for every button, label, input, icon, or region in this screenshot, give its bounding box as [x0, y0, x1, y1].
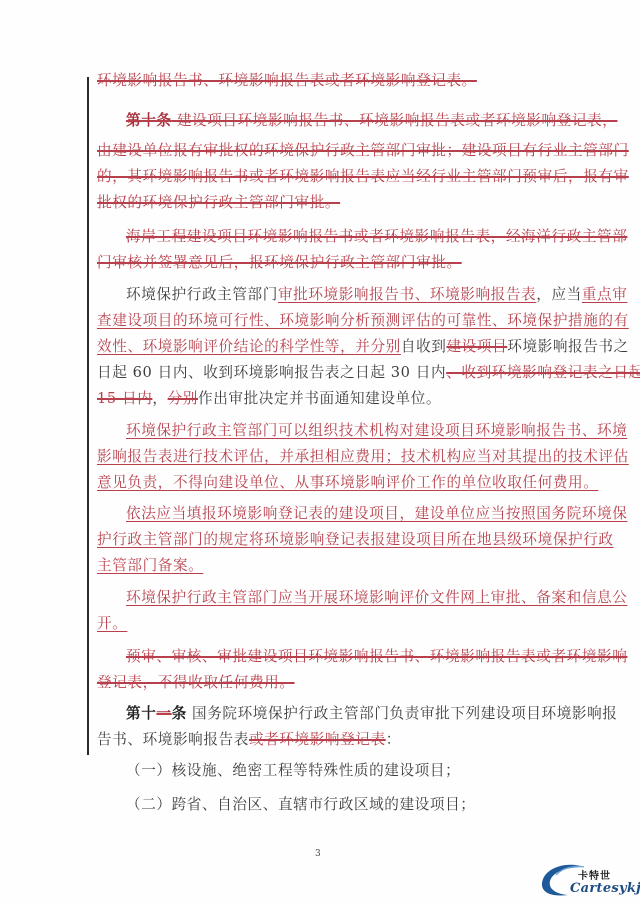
body-text: 自收到: [401, 338, 447, 355]
document-line: （二）跨省、自治区、直辖市行政区域的建设项目；: [126, 795, 475, 815]
document-line: 告书、环境影响报告表或者环境影响登记表：: [97, 730, 401, 750]
body-text: 条: [172, 705, 187, 722]
deleted-text: 分别: [168, 390, 198, 407]
inserted-text: 查建设项目的环境可行性、环境影响分析预测评估的可靠性、环境保护措施的有: [97, 312, 629, 329]
body-text: ，应当: [536, 286, 582, 303]
inserted-text: 审批环境影响报告书、环境影响报告表: [278, 286, 536, 303]
body-text: 作出审批决定并书面通知建设单位。: [198, 390, 441, 407]
inserted-text: 环境保护行政主管部门应当开展环境影响评价文件网上审批、备案和信息公: [126, 589, 627, 606]
body-text: 告书、环境影响报告表: [97, 731, 249, 748]
document-line: 登记表，不得收取任何费用。: [97, 673, 295, 693]
logo-chinese-name: 卡特世: [578, 867, 611, 882]
page-number: 3: [315, 849, 321, 859]
document-line: 的，其环境影响报告书或者环境影响报告表应当经行业主管部门预审后，报有审: [97, 167, 629, 187]
deleted-text: 或者环境影响登记表: [249, 731, 386, 748]
body-text: ，: [152, 390, 167, 407]
inserted-text: 重点审: [582, 286, 628, 303]
document-line: 影响报告表进行技术评估，并承担相应费用；技术机构应当对其提出的技术评估: [97, 447, 629, 467]
inserted-text: 主管部门备案。: [97, 557, 203, 574]
document-line: 意见负责，不得向建设单位、从事环境影响评价工作的单位收取任何费用。: [97, 473, 598, 493]
document-line: 海岸工程建设项目环境影响报告书或者环境影响报告表，经海洋行政主管部: [126, 227, 627, 247]
document-line: 由建设单位报有审批权的环境保护行政主管部门审批；建设项目有行业主管部门: [97, 141, 629, 161]
document-line: 环境保护行政主管部门可以组织技术机构对建设项目环境影响报告书、环境: [126, 421, 627, 441]
body-text: （一）核设施、绝密工程等特殊性质的建设项目；: [126, 762, 460, 779]
document-line: 第十条 建设项目环境影响报告书、环境影响报告表或者环境影响登记表，: [126, 111, 617, 131]
document-line: 开。: [97, 614, 127, 634]
watermark-logo: 卡特世 Cartesykj: [538, 861, 640, 901]
deleted-text: 门审核并签署意见后，报环境保护行政主管部门审批。: [97, 254, 462, 271]
inserted-text: 影响报告表进行技术评估，并承担相应费用；技术机构应当对其提出的技术评估: [97, 448, 629, 465]
document-page: 环境影响报告书、环境影响报告表或者环境影响登记表。第十条 建设项目环境影响报告书…: [0, 0, 640, 905]
deleted-text: 批权的环境保护行政主管部门审批。: [97, 194, 340, 211]
document-line: 门审核并签署意见后，报环境保护行政主管部门审批。: [97, 253, 462, 273]
inserted-text: 护行政主管部门的规定将环境影响登记表报建设项目所在地县级环境保护行政: [97, 531, 614, 548]
document-line: 效性、环境影响评价结论的科学性等，并分别自收到建设项目环境影响报告书之: [97, 337, 629, 357]
body-text: 环境保护行政主管部门: [126, 286, 278, 303]
inserted-text: 开。: [97, 615, 127, 632]
deleted-text: 15 日内: [97, 390, 152, 407]
inserted-text: 环境保护行政主管部门可以组织技术机构对建设项目环境影响报告书、环境: [126, 422, 627, 439]
deleted-text: 建设项目环境影响报告书、环境影响报告表或者环境影响登记表，: [172, 112, 618, 129]
deleted-text: 环境影响报告书、环境影响报告表或者环境影响登记表。: [97, 72, 477, 89]
document-line: 环境影响报告书、环境影响报告表或者环境影响登记表。: [97, 71, 477, 91]
body-text: 第十: [126, 705, 156, 722]
deleted-text: 第十条: [126, 112, 172, 129]
deleted-text: 建设项目: [446, 338, 507, 355]
deleted-text: 一: [156, 705, 171, 722]
body-text: 环境影响报告书之: [507, 338, 629, 355]
deleted-text: 海岸工程建设项目环境影响报告书或者环境影响报告表，经海洋行政主管部: [126, 228, 627, 245]
logo-english-name: Cartesykj: [570, 881, 640, 896]
document-line: 护行政主管部门的规定将环境影响登记表报建设项目所在地县级环境保护行政: [97, 530, 614, 550]
document-line: 批权的环境保护行政主管部门审批。: [97, 193, 340, 213]
document-line: 环境保护行政主管部门应当开展环境影响评价文件网上审批、备案和信息公: [126, 588, 627, 608]
document-line: 环境保护行政主管部门审批环境影响报告书、环境影响报告表，应当重点审: [126, 285, 627, 305]
document-line: 15 日内，分别作出审批决定并书面通知建设单位。: [97, 389, 441, 409]
document-line: 依法应当填报环境影响登记表的建设项目，建设单位应当按照国务院环境保: [126, 504, 627, 524]
revision-change-bar: [87, 77, 89, 755]
deleted-text: 由建设单位报有审批权的环境保护行政主管部门审批；建设项目有行业主管部门: [97, 142, 629, 159]
document-line: 主管部门备案。: [97, 556, 203, 576]
body-text: 国务院环境保护行政主管部门负责审批下列建设项目环境影响报: [187, 705, 618, 722]
body-text: ：: [386, 731, 401, 748]
deleted-text: 预审、审核、审批建设项目环境影响报告书、环境影响报告表或者环境影响: [126, 648, 627, 665]
document-line: 日起 60 日内、收到环境影响报告表之日起 30 日内、收到环境影响登记表之日起: [97, 363, 640, 383]
inserted-text: 意见负责，不得向建设单位、从事环境影响评价工作的单位收取任何费用。: [97, 474, 598, 491]
document-line: 第十一条 国务院环境保护行政主管部门负责审批下列建设项目环境影响报: [126, 704, 617, 724]
document-line: 预审、审核、审批建设项目环境影响报告书、环境影响报告表或者环境影响: [126, 647, 627, 667]
document-line: 查建设项目的环境可行性、环境影响分析预测评估的可靠性、环境保护措施的有: [97, 311, 629, 331]
deleted-text: 、收到环境影响登记表之日起: [446, 364, 640, 381]
deleted-text: 登记表，不得收取任何费用。: [97, 674, 295, 691]
inserted-text: 效性、环境影响评价结论的科学性等，并分别: [97, 338, 401, 355]
body-text: （二）跨省、自治区、直辖市行政区域的建设项目；: [126, 796, 475, 813]
document-line: （一）核设施、绝密工程等特殊性质的建设项目；: [126, 761, 460, 781]
deleted-text: 的，其环境影响报告书或者环境影响报告表应当经行业主管部门预审后，报有审: [97, 168, 629, 185]
body-text: 日起 60 日内、收到环境影响报告表之日起 30 日内: [97, 364, 446, 381]
inserted-text: 依法应当填报环境影响登记表的建设项目，建设单位应当按照国务院环境保: [126, 505, 627, 522]
